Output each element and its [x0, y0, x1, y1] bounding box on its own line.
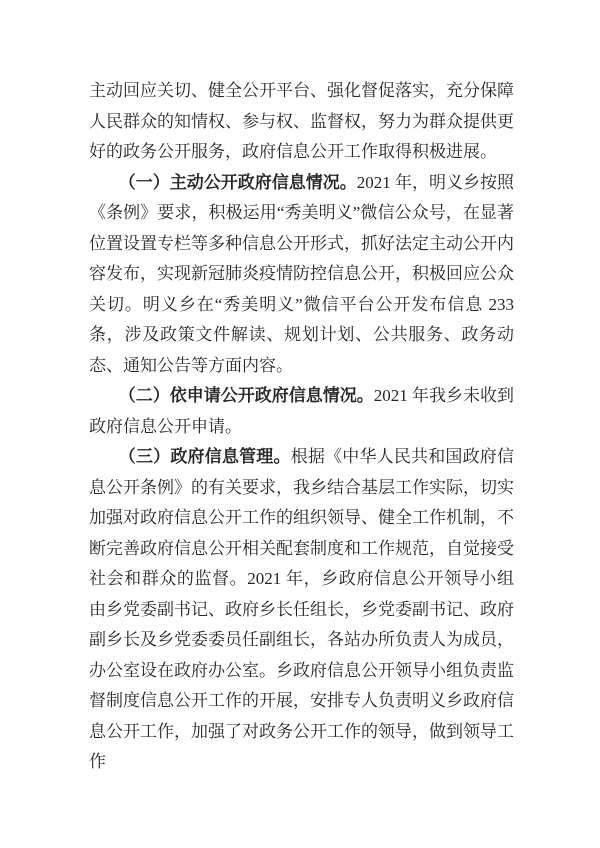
scanned-document-page: 主动回应关切、健全公开平台、强化督促落实，充分保障人民群众的知情权、参与权、监督… [0, 0, 600, 848]
body-text: 根据《中华人民共和国政府信息公开条例》的有关要求，我乡结合基层工作实际，切实加强… [89, 447, 514, 771]
section-heading: （二）依申请公开政府信息情况。 [119, 386, 374, 405]
body-text: 主动回应关切、健全公开平台、强化督促落实，充分保障人民群众的知情权、参与权、监督… [89, 81, 514, 161]
paragraph: 主动回应关切、健全公开平台、强化督促落实，充分保障人民群众的知情权、参与权、监督… [89, 76, 514, 168]
section-heading: （三）政府信息管理。 [119, 447, 291, 466]
section-heading: （一）主动公开政府信息情况。 [119, 173, 357, 192]
paragraph: （二）依申请公开政府信息情况。2021 年我乡未收到政府信息公开申请。 [89, 381, 514, 442]
body-text: 2021 年，明义乡按照《条例》要求，积极运用“秀美明义”微信公众号，在显著位置… [89, 173, 514, 375]
paragraph: （一）主动公开政府信息情况。2021 年，明义乡按照《条例》要求，积极运用“秀美… [89, 168, 514, 382]
document-body: 主动回应关切、健全公开平台、强化督促落实，充分保障人民群众的知情权、参与权、监督… [89, 76, 514, 778]
paragraph: （三）政府信息管理。根据《中华人民共和国政府信息公开条例》的有关要求，我乡结合基… [89, 442, 514, 778]
